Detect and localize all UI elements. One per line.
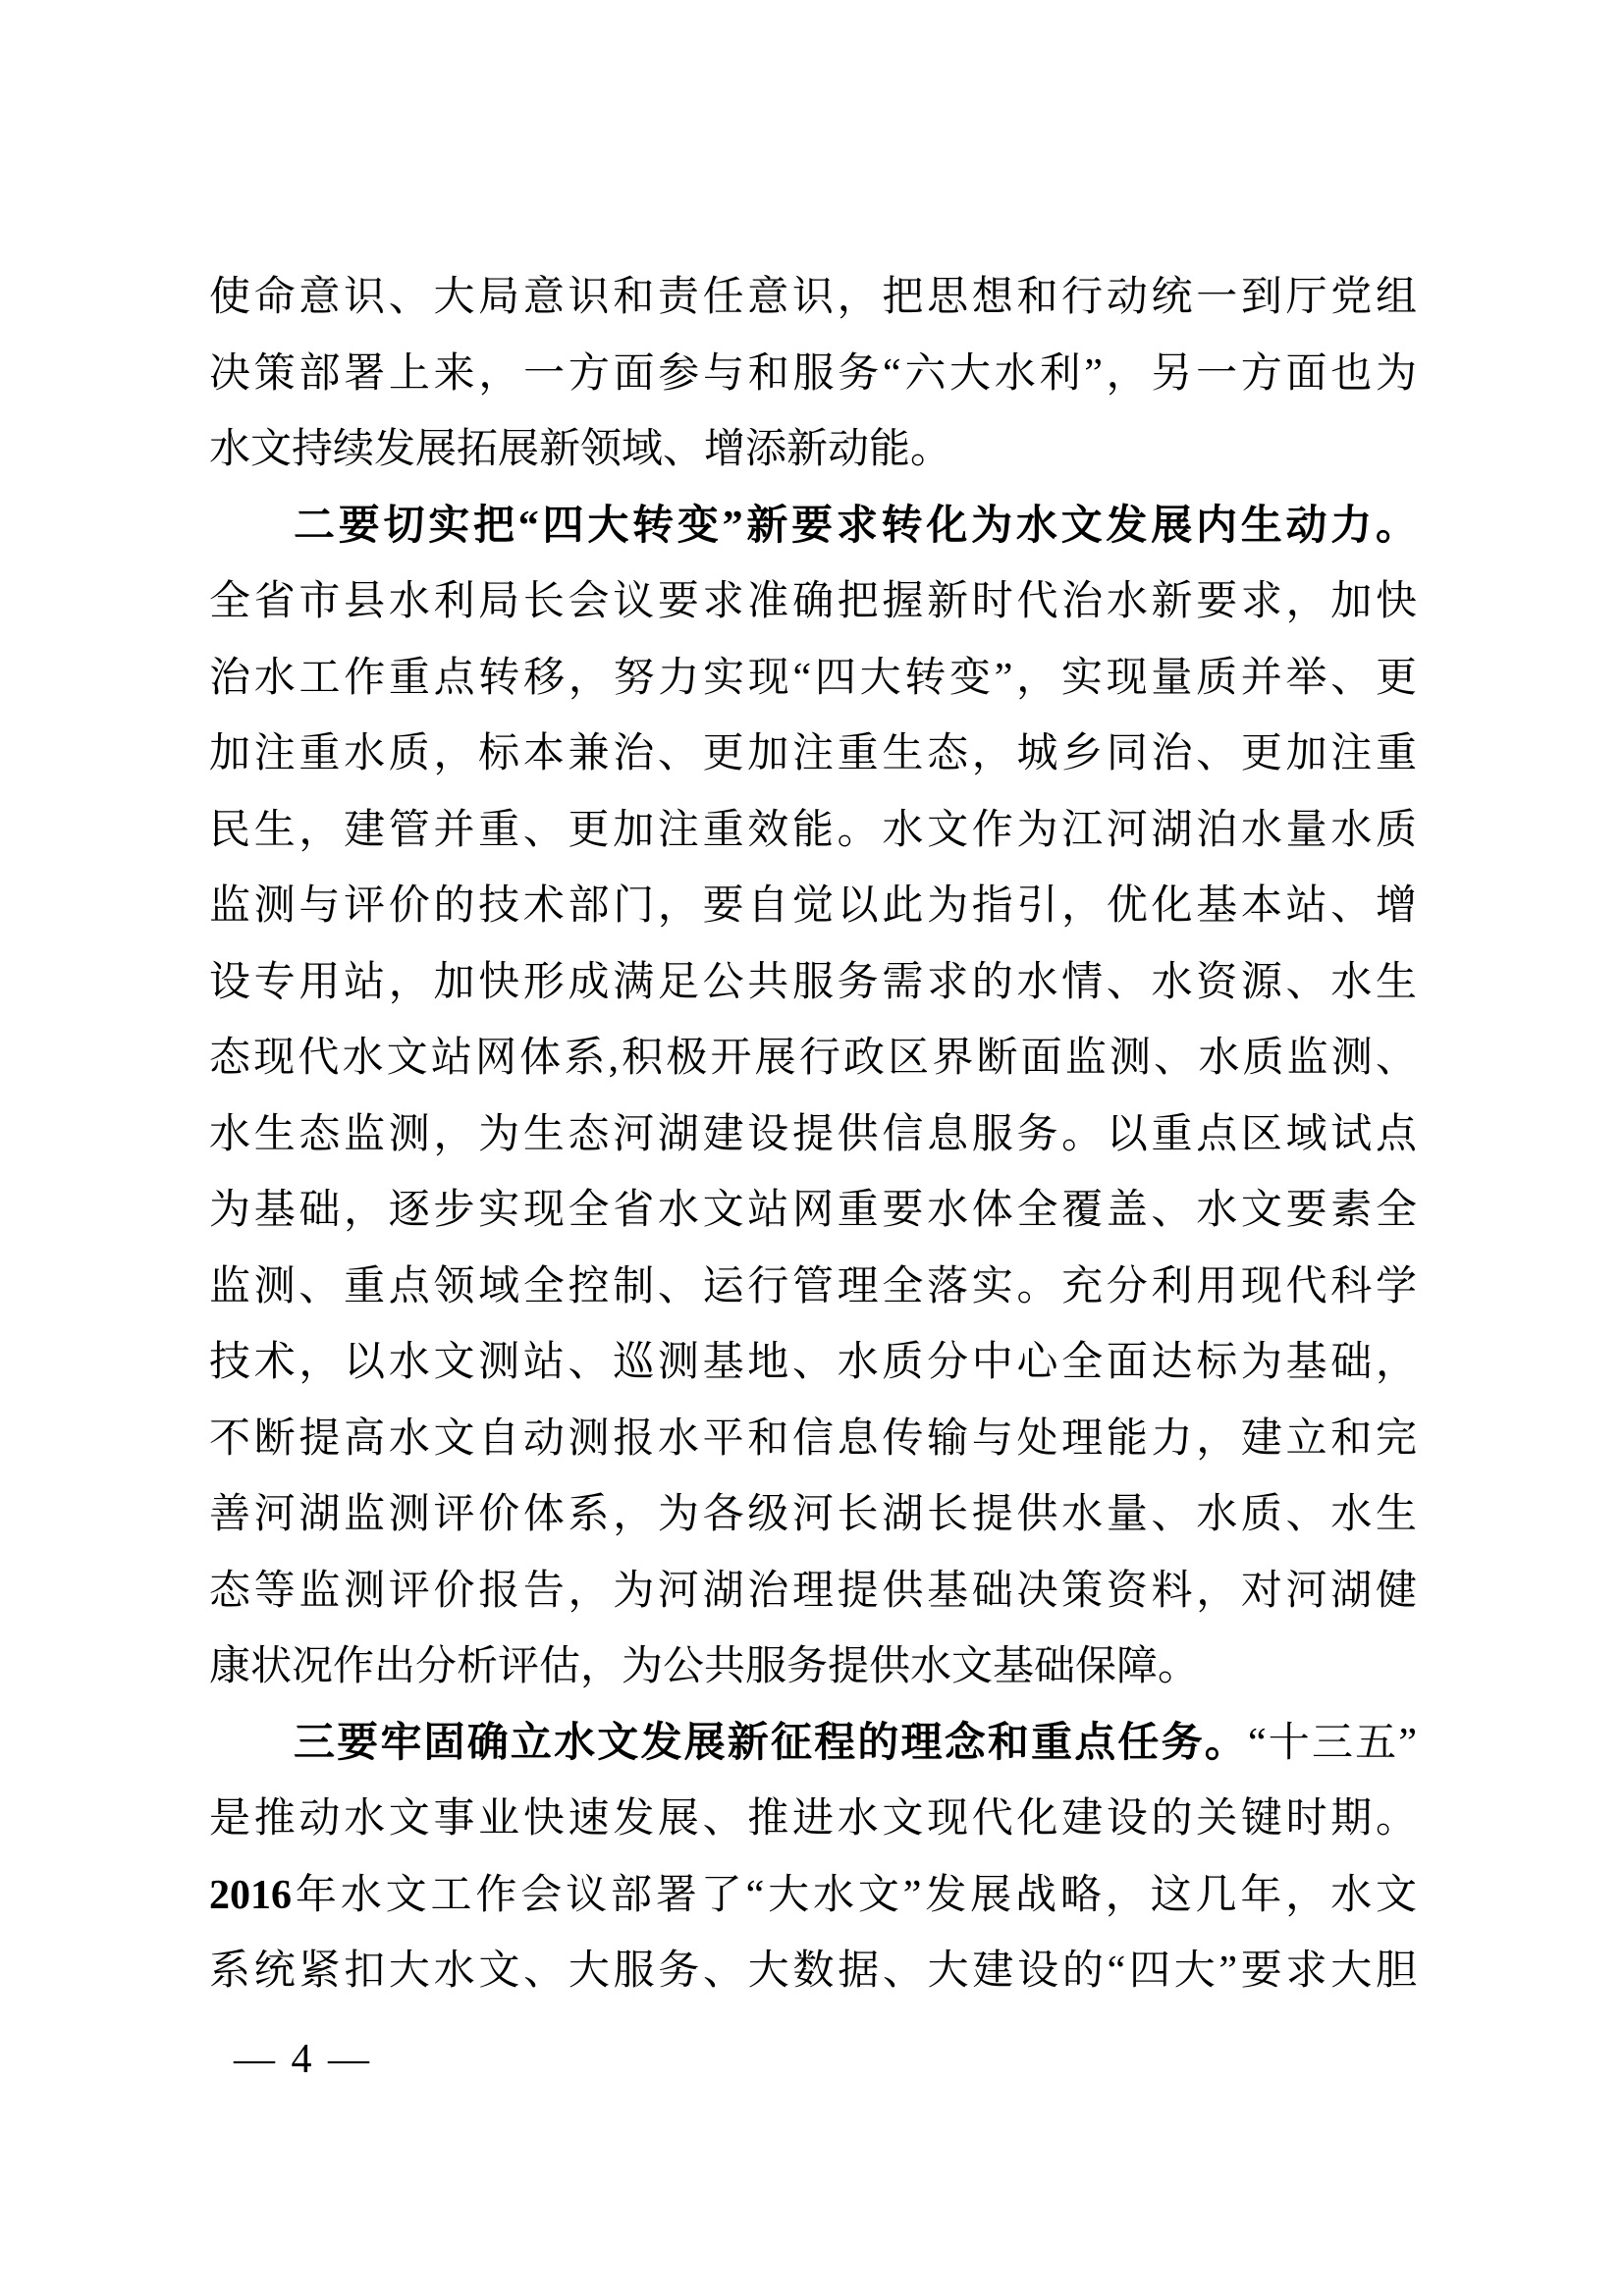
text-segment: 是推动水文事业快速发展、推进水文现代化建设的关键时期。 [209, 1796, 1417, 1842]
text-line: 康状况作出分析评估，为公共服务提供水文基础保障。 [209, 1629, 1417, 1706]
text-line: 加注重水质，标本兼治、更加注重生态，城乡同治、更加注重 [209, 717, 1417, 793]
text-segment: 全省市县水利局长会议要求准确把握新时代治水新要求，加快 [209, 579, 1417, 624]
text-line: 设专用站，加快形成满足公共服务需求的水情、水资源、水生 [209, 945, 1417, 1022]
text-segment: 系统紧扣大水文、大服务、大数据、大建设的“四大”要求大胆 [209, 1949, 1417, 1994]
bold-text-segment: 三要牢固确立水文发展新征程的理念和重点任务。 [294, 1721, 1248, 1766]
text-line: 为基础，逐步实现全省水文站网重要水体全覆盖、水文要素全 [209, 1173, 1417, 1250]
paragraph-third-point: 三要牢固确立水文发展新征程的理念和重点任务。“十三五”是推动水文事业快速发展、推… [209, 1706, 1417, 2010]
text-line: 全省市县水利局长会议要求准确把握新时代治水新要求，加快 [209, 564, 1417, 641]
page-number: — 4 — [234, 2034, 372, 2085]
paragraph-continuation: 使命意识、大局意识和责任意识，把思想和行动统一到厅党组决策部署上来，一方面参与和… [209, 260, 1417, 489]
text-line: 是推动水文事业快速发展、推进水文现代化建设的关键时期。 [209, 1782, 1417, 1858]
text-line: 态等监测评价报告，为河湖治理提供基础决策资料，对河湖健 [209, 1554, 1417, 1630]
text-line: 善河湖监测评价体系，为各级河长湖长提供水量、水质、水生 [209, 1477, 1417, 1554]
text-segment: 监测与评价的技术部门，要自觉以此为指引，优化基本站、增 [209, 883, 1417, 929]
document-page: 使命意识、大局意识和责任意识，把思想和行动统一到厅党组决策部署上来，一方面参与和… [0, 0, 1624, 2296]
text-segment: 设专用站，加快形成满足公共服务需求的水情、水资源、水生 [209, 960, 1417, 1005]
text-segment: 决策部署上来，一方面参与和服务“六大水利”，另一方面也为 [209, 351, 1417, 397]
text-segment: 监测、重点领域全控制、运行管理全落实。充分利用现代科学 [209, 1264, 1417, 1309]
bold-text-segment: 2016 [209, 1873, 292, 1918]
text-line: 监测、重点领域全控制、运行管理全落实。充分利用现代科学 [209, 1250, 1417, 1326]
text-line: 治水工作重点转移，努力实现“四大转变”，实现量质并举、更 [209, 641, 1417, 718]
text-segment: 态等监测评价报告，为河湖治理提供基础决策资料，对河湖健 [209, 1569, 1417, 1614]
text-line: 水生态监测，为生态河湖建设提供信息服务。以重点区域试点 [209, 1097, 1417, 1174]
text-line: 水文持续发展拓展新领域、增添新动能。 [209, 412, 1417, 489]
text-segment: “十三五” [1248, 1721, 1417, 1766]
text-segment: 技术，以水文测站、巡测基地、水质分中心全面达标为基础， [209, 1340, 1417, 1385]
text-line: 监测与评价的技术部门，要自觉以此为指引，优化基本站、增 [209, 869, 1417, 945]
text-line: 民生，建管并重、更加注重效能。水文作为江河湖泊水量水质 [209, 793, 1417, 870]
text-segment: 不断提高水文自动测报水平和信息传输与处理能力，建立和完 [209, 1416, 1417, 1462]
document-body: 使命意识、大局意识和责任意识，把思想和行动统一到厅党组决策部署上来，一方面参与和… [209, 260, 1417, 2010]
text-line: 使命意识、大局意识和责任意识，把思想和行动统一到厅党组 [209, 260, 1417, 337]
text-segment: 民生，建管并重、更加注重效能。水文作为江河湖泊水量水质 [209, 808, 1417, 853]
text-line: 态现代水文站网体系,积极开展行政区界断面监测、水质监测、 [209, 1021, 1417, 1097]
text-segment: 善河湖监测评价体系，为各级河长湖长提供水量、水质、水生 [209, 1492, 1417, 1537]
text-segment: 治水工作重点转移，努力实现“四大转变”，实现量质并举、更 [209, 656, 1417, 701]
text-line: 2016年水文工作会议部署了“大水文”发展战略，这几年，水文 [209, 1858, 1417, 1935]
text-line: 决策部署上来，一方面参与和服务“六大水利”，另一方面也为 [209, 337, 1417, 413]
text-segment: 使命意识、大局意识和责任意识，把思想和行动统一到厅党组 [209, 275, 1417, 320]
text-line: 系统紧扣大水文、大服务、大数据、大建设的“四大”要求大胆 [209, 1934, 1417, 2010]
text-segment: 水生态监测，为生态河湖建设提供信息服务。以重点区域试点 [209, 1112, 1417, 1157]
text-line: 三要牢固确立水文发展新征程的理念和重点任务。“十三五” [209, 1706, 1417, 1783]
text-segment: 为基础，逐步实现全省水文站网重要水体全覆盖、水文要素全 [209, 1188, 1417, 1233]
text-segment: 态现代水文站网体系,积极开展行政区界断面监测、水质监测、 [209, 1036, 1417, 1081]
text-segment: 水文持续发展拓展新领域、增添新动能。 [209, 427, 951, 472]
text-line: 二要切实把“四大转变”新要求转化为水文发展内生动力。 [209, 489, 1417, 565]
bold-text-segment: 二要切实把“四大转变”新要求转化为水文发展内生动力。 [294, 504, 1417, 549]
text-line: 不断提高水文自动测报水平和信息传输与处理能力，建立和完 [209, 1402, 1417, 1478]
text-segment: 年水文工作会议部署了“大水文”发展战略，这几年，水文 [292, 1873, 1417, 1918]
text-segment: 加注重水质，标本兼治、更加注重生态，城乡同治、更加注重 [209, 731, 1417, 776]
text-line: 技术，以水文测站、巡测基地、水质分中心全面达标为基础， [209, 1325, 1417, 1402]
text-segment: 康状况作出分析评估，为公共服务提供水文基础保障。 [209, 1644, 1199, 1689]
paragraph-second-point: 二要切实把“四大转变”新要求转化为水文发展内生动力。全省市县水利局长会议要求准确… [209, 489, 1417, 1706]
